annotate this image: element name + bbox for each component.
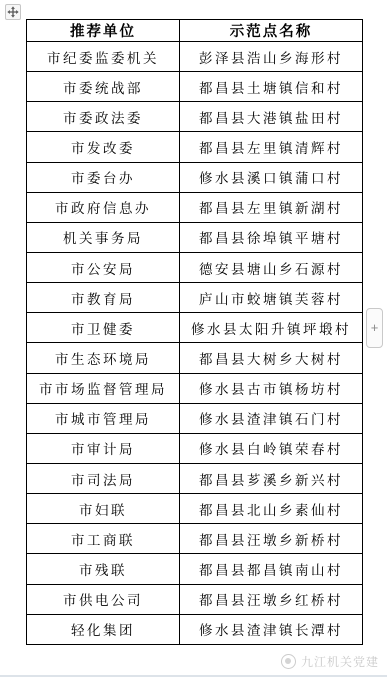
cell-recommending-unit: 市生态环境局 <box>27 343 180 373</box>
brand-logo-icon <box>281 654 296 669</box>
move-cross-arrows-icon <box>7 6 19 18</box>
cell-recommending-unit: 市委政法委 <box>27 102 180 132</box>
cell-demo-site-name: 都昌县大树乡大树村 <box>180 343 363 373</box>
cell-recommending-unit: 市政府信息办 <box>27 192 180 222</box>
cell-demo-site-name: 都昌县汪墩乡新桥村 <box>180 524 363 554</box>
table-row: 市司法局都昌县芗溪乡新兴村 <box>27 463 363 493</box>
table-row: 市公安局德安县塘山乡石源村 <box>27 252 363 282</box>
table-row: 轻化集团修水县渣津镇长潭村 <box>27 614 363 644</box>
cell-demo-site-name: 都昌县大港镇盐田村 <box>180 102 363 132</box>
cell-recommending-unit: 机关事务局 <box>27 222 180 252</box>
cell-recommending-unit: 轻化集团 <box>27 614 180 644</box>
table-row: 市审计局修水县白岭镇荣春村 <box>27 433 363 463</box>
cell-recommending-unit: 市发改委 <box>27 132 180 162</box>
table-row: 市供电公司都昌县汪墩乡红桥村 <box>27 584 363 614</box>
table-row: 市生态环境局都昌县大树乡大树村 <box>27 343 363 373</box>
cell-demo-site-name: 庐山市蛟塘镇芙蓉村 <box>180 283 363 313</box>
table-row: 市妇联都昌县北山乡素仙村 <box>27 494 363 524</box>
cell-demo-site-name: 都昌县徐埠镇平塘村 <box>180 222 363 252</box>
cell-recommending-unit: 市工商联 <box>27 524 180 554</box>
watermark-text: 九江机关党建 <box>301 653 379 670</box>
cell-recommending-unit: 市教育局 <box>27 283 180 313</box>
table-body: 市纪委监委机关彭泽县浩山乡海形村市委统战部都昌县土塘镇信和村市委政法委都昌县大港… <box>27 42 363 645</box>
cell-demo-site-name: 修水县白岭镇荣春村 <box>180 433 363 463</box>
cell-recommending-unit: 市纪委监委机关 <box>27 42 180 72</box>
cell-recommending-unit: 市审计局 <box>27 433 180 463</box>
cell-recommending-unit: 市妇联 <box>27 494 180 524</box>
cell-demo-site-name: 都昌县都昌镇南山村 <box>180 554 363 584</box>
table-row: 市市场监督管理局修水县古市镇杨坊村 <box>27 373 363 403</box>
cell-recommending-unit: 市卫健委 <box>27 313 180 343</box>
table-row: 市卫健委修水县太阳升镇坪塅村 <box>27 313 363 343</box>
col-header-recommending-unit: 推荐单位 <box>27 20 180 42</box>
cell-recommending-unit: 市残联 <box>27 554 180 584</box>
table-row: 市发改委都昌县左里镇清辉村 <box>27 132 363 162</box>
table-row: 市委统战部都昌县土塘镇信和村 <box>27 72 363 102</box>
table-row: 市残联都昌县都昌镇南山村 <box>27 554 363 584</box>
cell-demo-site-name: 修水县渣津镇石门村 <box>180 403 363 433</box>
cell-demo-site-name: 修水县古市镇杨坊村 <box>180 373 363 403</box>
bottom-divider <box>0 675 387 677</box>
table-row: 市政府信息办都昌县左里镇新湖村 <box>27 192 363 222</box>
cell-recommending-unit: 市城市管理局 <box>27 403 180 433</box>
table-row: 机关事务局都昌县徐埠镇平塘村 <box>27 222 363 252</box>
document-page: 推荐单位 示范点名称 市纪委监委机关彭泽县浩山乡海形村市委统战部都昌县土塘镇信和… <box>0 0 387 679</box>
table-move-handle[interactable] <box>5 4 21 20</box>
cell-recommending-unit: 市司法局 <box>27 463 180 493</box>
cell-recommending-unit: 市公安局 <box>27 252 180 282</box>
cell-demo-site-name: 德安县塘山乡石源村 <box>180 252 363 282</box>
cell-demo-site-name: 都昌县北山乡素仙村 <box>180 494 363 524</box>
table-row: 市委台办修水县溪口镇蒲口村 <box>27 162 363 192</box>
cell-recommending-unit: 市委台办 <box>27 162 180 192</box>
cell-demo-site-name: 都昌县左里镇清辉村 <box>180 132 363 162</box>
watermark: 九江机关党建 <box>281 653 379 670</box>
col-header-demo-site-name: 示范点名称 <box>180 20 363 42</box>
insert-row-button[interactable]: + <box>366 308 383 348</box>
table-row: 市城市管理局修水县渣津镇石门村 <box>27 403 363 433</box>
table-row: 市教育局庐山市蛟塘镇芙蓉村 <box>27 283 363 313</box>
cell-demo-site-name: 都昌县汪墩乡红桥村 <box>180 584 363 614</box>
table-row: 市纪委监委机关彭泽县浩山乡海形村 <box>27 42 363 72</box>
cell-demo-site-name: 修水县溪口镇蒲口村 <box>180 162 363 192</box>
cell-demo-site-name: 都昌县芗溪乡新兴村 <box>180 463 363 493</box>
table-row: 市委政法委都昌县大港镇盐田村 <box>27 102 363 132</box>
cell-demo-site-name: 都昌县土塘镇信和村 <box>180 72 363 102</box>
cell-demo-site-name: 都昌县左里镇新湖村 <box>180 192 363 222</box>
table-row: 市工商联都昌县汪墩乡新桥村 <box>27 524 363 554</box>
cell-recommending-unit: 市市场监督管理局 <box>27 373 180 403</box>
cell-demo-site-name: 修水县渣津镇长潭村 <box>180 614 363 644</box>
cell-recommending-unit: 市委统战部 <box>27 72 180 102</box>
cell-recommending-unit: 市供电公司 <box>27 584 180 614</box>
demo-sites-table: 推荐单位 示范点名称 市纪委监委机关彭泽县浩山乡海形村市委统战部都昌县土塘镇信和… <box>26 19 363 645</box>
cell-demo-site-name: 彭泽县浩山乡海形村 <box>180 42 363 72</box>
cell-demo-site-name: 修水县太阳升镇坪塅村 <box>180 313 363 343</box>
header-row: 推荐单位 示范点名称 <box>27 20 363 42</box>
